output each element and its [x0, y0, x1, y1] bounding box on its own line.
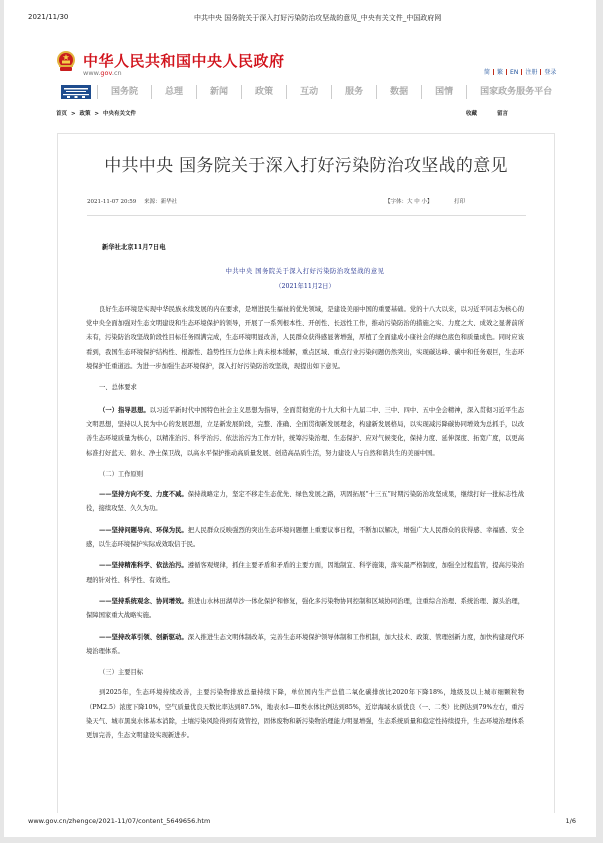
nav-item-news[interactable]: 新闻	[196, 85, 241, 99]
font-size-control[interactable]: 【字体：大 中 小】	[385, 197, 433, 205]
document-date: （2021年11月2日）	[86, 280, 524, 294]
site-url-gov: gov	[100, 69, 111, 77]
breadcrumb-central-documents[interactable]: 中央有关文件	[103, 111, 136, 117]
nav-item-premier[interactable]: 总理	[151, 85, 196, 99]
principle-lead: ——坚持问题导向、环保为民。	[99, 527, 188, 534]
source-name: 新华社	[161, 199, 178, 205]
nav-item-data[interactable]: 数据	[376, 85, 421, 99]
document-title: 中共中央 国务院关于深入打好污染防治攻坚战的意见	[86, 265, 524, 279]
lang-traditional-link[interactable]: 繁	[497, 69, 503, 76]
goals-paragraph: 到2025年，生态环境持续改善，主要污染物排放总量持续下降，单位国内生产总值二氧…	[86, 686, 524, 743]
article-title: 中共中央 国务院关于深入打好污染防治攻坚战的意见	[56, 151, 556, 176]
nav-item-policy[interactable]: 政策	[241, 85, 286, 99]
site-name[interactable]: 中华人民共和国中央人民政府	[83, 50, 285, 71]
register-link[interactable]: 注册	[525, 69, 537, 76]
principle-lead: ——坚持改革引领、创新驱动。	[99, 634, 188, 641]
main-nav: 国务院 总理 新闻 政策 互动 服务 数据 国情 国家政务服务平台	[56, 83, 596, 105]
lang-english-link[interactable]: EN	[510, 69, 518, 76]
dateline: 新华社北京11月7日电	[102, 241, 524, 255]
nav-item-state-council[interactable]: 国务院	[97, 85, 151, 99]
intro-paragraph: 良好生态环境是实现中华民族永续发展的内在要求，是增进民生福祉的优先领域，是建设美…	[86, 303, 524, 374]
tiananmen-icon[interactable]	[61, 85, 91, 99]
meta-divider	[87, 215, 526, 216]
breadcrumb-separator: >	[94, 111, 99, 117]
divider	[521, 69, 522, 75]
principle-paragraph: ——坚持改革引领、创新驱动。深入推进生态文明体制改革，完善生态环境保护领导体制和…	[86, 631, 524, 660]
site-url-prefix: www.	[83, 69, 100, 77]
breadcrumb-home[interactable]: 首页	[56, 111, 67, 117]
national-emblem-icon[interactable]	[56, 50, 76, 74]
print-footer: www.gov.cn/zhengce/2021-11/07/content_56…	[28, 817, 576, 827]
print-date: 2021/11/30	[28, 13, 68, 21]
nav-item-national-profile[interactable]: 国情	[421, 85, 466, 99]
guiding-ideology-paragraph: （一）指导思想。以习近平新时代中国特色社会主义思想为指导，全面贯彻党的十九大和十…	[86, 404, 524, 461]
site-url: www.gov.cn	[83, 69, 122, 77]
page-number: 1/6	[566, 817, 576, 825]
divider	[506, 69, 507, 75]
divider	[540, 69, 541, 75]
page-actions: 收藏 留言	[466, 109, 526, 117]
principle-lead: ——坚持方向不变、力度不减。	[99, 491, 188, 498]
print-header: 2021/11/30 中共中央 国务院关于深入打好污染防治攻坚战的意见_中央有关…	[28, 13, 572, 25]
paragraph-text: 以习近平新时代中国特色社会主义思想为指导，全面贯彻党的十九大和十九届二中、三中、…	[86, 407, 524, 457]
publish-datetime: 2021-11-07 20:59	[87, 199, 136, 205]
article-meta: 2021-11-07 20:59 来源：新华社 【字体：大 中 小】 打印	[87, 197, 527, 207]
principle-paragraph: ——坚持方向不变、力度不减。保持战略定力，坚定不移走生态优先、绿色发展之路，巩固…	[86, 488, 524, 517]
principle-paragraph: ——坚持系统观念、协同增效。推进山水林田湖草沙一体化保护和修复，强化多污染物协同…	[86, 595, 524, 624]
print-button[interactable]: 打印	[454, 197, 465, 205]
print-page-title: 中共中央 国务院关于深入打好污染防治攻坚战的意见_中央有关文件_中国政府网	[194, 13, 441, 23]
principle-lead: ——坚持精准科学、依法治污。	[99, 562, 188, 569]
nav-items: 国务院 总理 新闻 政策 互动 服务 数据 国情 国家政务服务平台	[97, 83, 565, 101]
nav-item-services[interactable]: 服务	[331, 85, 376, 99]
page-url: www.gov.cn/zhengce/2021-11/07/content_56…	[28, 817, 210, 825]
site-header: 中华人民共和国中央人民政府 www.gov.cn 简繁EN注册登录	[56, 50, 556, 80]
login-link[interactable]: 登录	[544, 69, 556, 76]
language-links: 简繁EN注册登录	[484, 67, 556, 76]
principle-lead: ——坚持系统观念、协同增效。	[99, 598, 188, 605]
breadcrumb-separator: >	[71, 111, 76, 117]
breadcrumb-policy[interactable]: 政策	[79, 111, 90, 117]
nav-item-gov-service-platform[interactable]: 国家政务服务平台	[466, 85, 565, 99]
subsection-heading: （二）工作原则	[99, 468, 524, 482]
paragraph-lead: （一）指导思想。	[99, 407, 150, 414]
breadcrumb-row: 首页 > 政策 > 中央有关文件 收藏 留言	[56, 109, 526, 119]
principle-paragraph: ——坚持问题导向、环保为民。把人民群众反映强烈的突出生态环境问题摆上重要议事日程…	[86, 524, 524, 553]
section-heading: 一、总体要求	[99, 381, 524, 395]
breadcrumb: 首页 > 政策 > 中央有关文件	[56, 109, 136, 117]
source-label: 来源：	[144, 199, 161, 205]
site-url-suffix: .cn	[112, 69, 122, 77]
principle-paragraph: ——坚持精准科学、依法治污。遵循客观规律，抓住主要矛盾和矛盾的主要方面，因地制宜…	[86, 559, 524, 588]
lang-simplified-link[interactable]: 简	[484, 69, 490, 76]
favorite-button[interactable]: 收藏	[466, 111, 477, 117]
divider	[493, 69, 494, 75]
message-button[interactable]: 留言	[497, 111, 508, 117]
subsection-heading: （三）主要目标	[99, 666, 524, 680]
article-body: 新华社北京11月7日电 中共中央 国务院关于深入打好污染防治攻坚战的意见 （20…	[86, 241, 524, 751]
printed-page: 2021/11/30 中共中央 国务院关于深入打好污染防治攻坚战的意见_中央有关…	[4, 0, 596, 837]
nav-item-interaction[interactable]: 互动	[286, 85, 331, 99]
